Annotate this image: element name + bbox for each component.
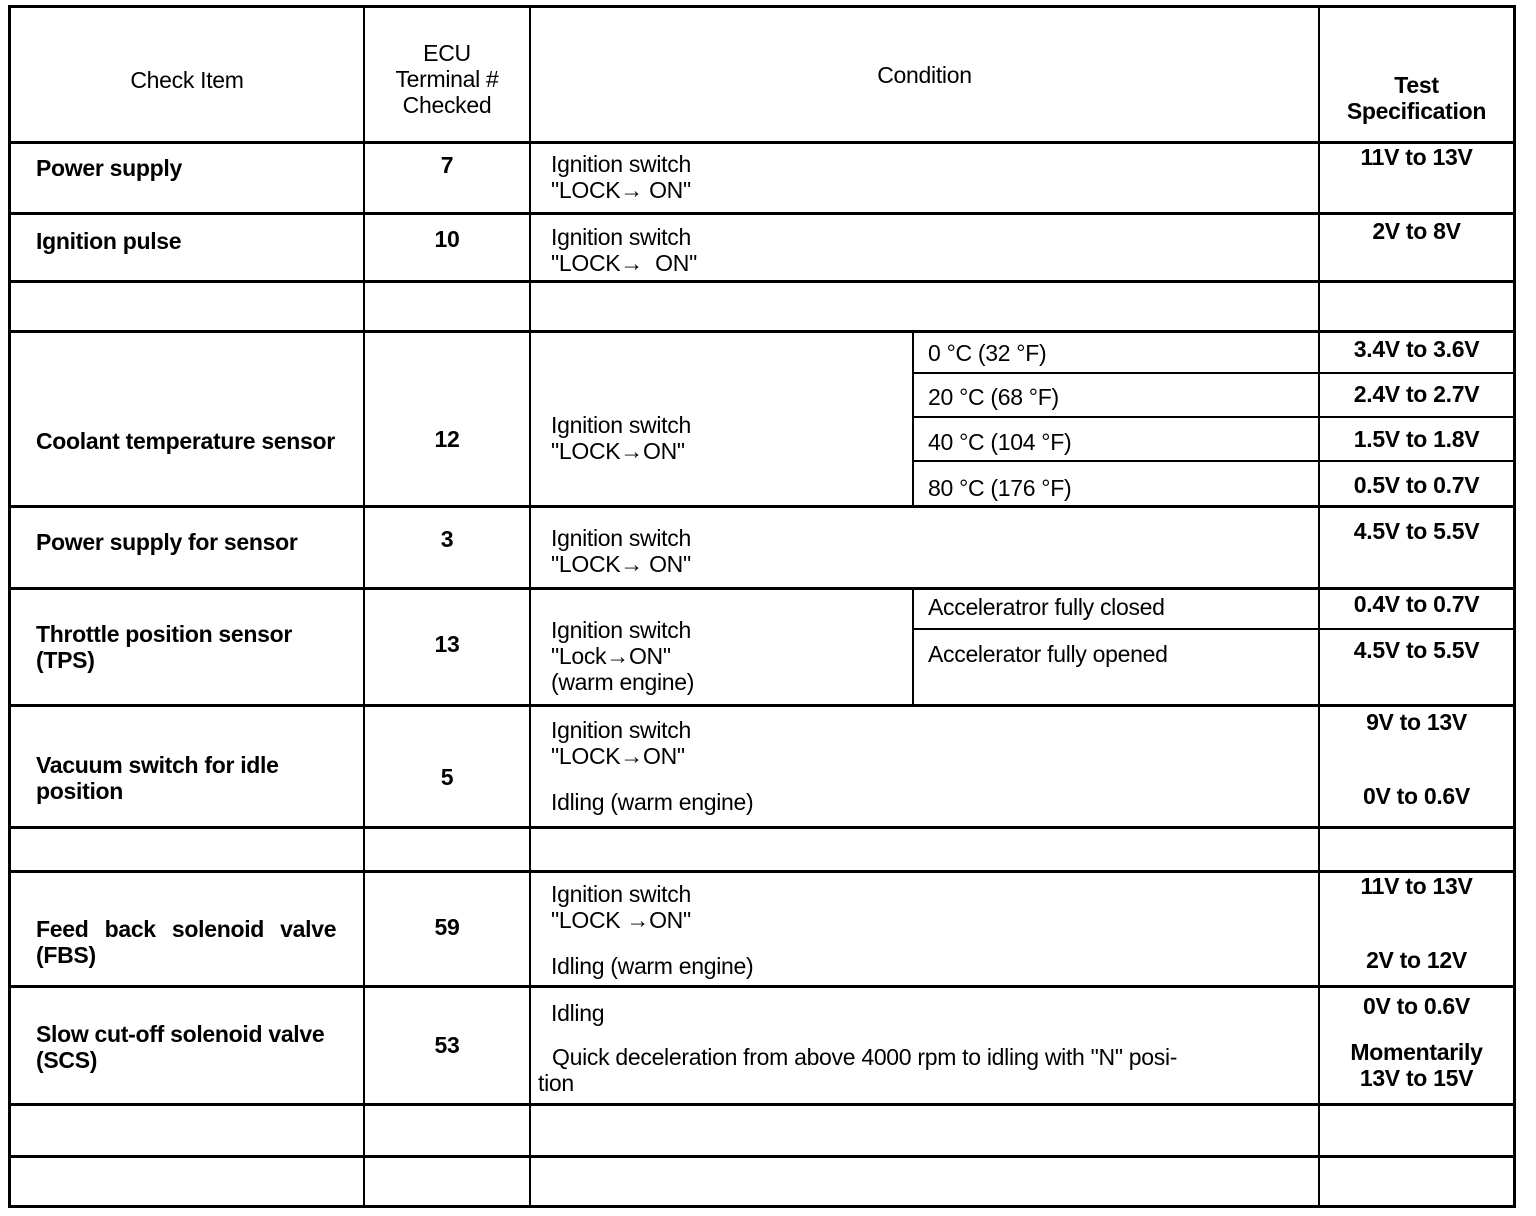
sub-spec: 4.5V to 5.5V xyxy=(1320,637,1513,663)
sub-spec: 0.5V to 0.7V xyxy=(1320,472,1513,498)
sub-condition: 0 °C (32 °F) xyxy=(928,340,1046,366)
table-border-top xyxy=(8,5,1516,8)
condition: Idling xyxy=(551,1000,604,1026)
condition: Ignition switch "LOCK→ON" xyxy=(551,412,691,464)
header-test-spec: Test Specification xyxy=(1320,72,1513,124)
sub-spec: 0.4V to 0.7V xyxy=(1320,591,1513,617)
sub-col-divider xyxy=(912,330,914,507)
condition: Ignition switch "LOCK→ON" xyxy=(551,717,691,769)
table-border-left xyxy=(8,5,11,1208)
col-divider-1 xyxy=(363,5,365,1208)
sub-spec: 1.5V to 1.8V xyxy=(1320,426,1513,452)
terminal-number: 7 xyxy=(365,152,529,178)
condition: Ignition switch "LOCK→ ON" xyxy=(551,224,697,276)
row-divider xyxy=(8,985,1516,988)
header-check-item: Check Item xyxy=(11,67,363,93)
sub-row-divider xyxy=(912,416,1516,418)
table-border-right xyxy=(1513,5,1516,1208)
check-item: Throttle position sensor (TPS) xyxy=(36,621,292,673)
row-divider xyxy=(8,330,1516,333)
condition: Idling (warm engine) xyxy=(551,953,753,979)
row-divider xyxy=(8,1103,1516,1106)
check-item: Slow cut-off solenoid valve (SCS) xyxy=(36,1021,324,1073)
condition: Ignition switch "LOCK→ ON" xyxy=(551,151,691,203)
terminal-number: 12 xyxy=(365,426,529,452)
condition: Ignition switch "Lock→ON" (warm engine) xyxy=(551,617,694,695)
table-border-bottom xyxy=(8,1205,1516,1208)
sub-col-divider xyxy=(912,587,914,705)
sub-spec: 3.4V to 3.6V xyxy=(1320,336,1513,362)
test-spec: 0V to 0.6V xyxy=(1320,783,1513,809)
sub-condition: 20 °C (68 °F) xyxy=(928,384,1059,410)
check-item: Ignition pulse xyxy=(36,228,181,254)
row-divider xyxy=(8,212,1516,215)
terminal-number: 5 xyxy=(365,764,529,790)
col-divider-2 xyxy=(529,5,531,1208)
test-spec: 0V to 0.6V xyxy=(1320,993,1513,1019)
condition: Idling (warm engine) xyxy=(551,789,753,815)
terminal-number: 10 xyxy=(365,226,529,252)
row-divider xyxy=(8,870,1516,873)
test-spec: 4.5V to 5.5V xyxy=(1320,518,1513,544)
check-item: Power supply for sensor xyxy=(36,529,298,555)
test-spec: 2V to 12V xyxy=(1320,947,1513,973)
sub-condition: 80 °C (176 °F) xyxy=(928,475,1071,501)
row-divider xyxy=(8,505,1516,508)
sub-spec: 2.4V to 2.7V xyxy=(1320,381,1513,407)
header-condition: Condition xyxy=(531,62,1318,88)
test-spec: Momentarily 13V to 15V xyxy=(1320,1039,1513,1091)
header-ecu-terminal: ECU Terminal # Checked xyxy=(365,40,529,118)
row-divider xyxy=(8,1155,1516,1158)
condition: Ignition switch "LOCK→ ON" xyxy=(551,525,691,577)
test-spec: 11V to 13V xyxy=(1320,144,1513,170)
check-item: Vacuum switch for idle position xyxy=(36,752,279,804)
row-divider xyxy=(8,141,1516,144)
condition: Quick deceleration from above 4000 rpm t… xyxy=(538,1044,1177,1096)
row-divider xyxy=(8,704,1516,707)
sub-row-divider xyxy=(912,372,1516,374)
sub-condition: 40 °C (104 °F) xyxy=(928,429,1071,455)
sub-row-divider xyxy=(912,628,1516,630)
condition: Ignition switch "LOCK →ON" xyxy=(551,881,691,933)
sub-row-divider xyxy=(912,460,1516,462)
terminal-number: 59 xyxy=(365,914,529,940)
test-spec: 9V to 13V xyxy=(1320,709,1513,735)
sub-condition: Acceleratror fully closed xyxy=(928,594,1165,620)
terminal-number: 53 xyxy=(365,1032,529,1058)
test-spec: 11V to 13V xyxy=(1320,873,1513,899)
row-divider xyxy=(8,280,1516,283)
test-spec: 2V to 8V xyxy=(1320,218,1513,244)
row-divider xyxy=(8,587,1516,590)
check-item: Feed back solenoid valve (FBS) xyxy=(36,916,336,968)
check-item: Coolant temperature sensor xyxy=(36,428,335,454)
terminal-number: 13 xyxy=(365,631,529,657)
terminal-number: 3 xyxy=(365,526,529,552)
check-item: Power supply xyxy=(36,155,182,181)
sub-condition: Accelerator fully opened xyxy=(928,641,1168,667)
row-divider xyxy=(8,826,1516,829)
